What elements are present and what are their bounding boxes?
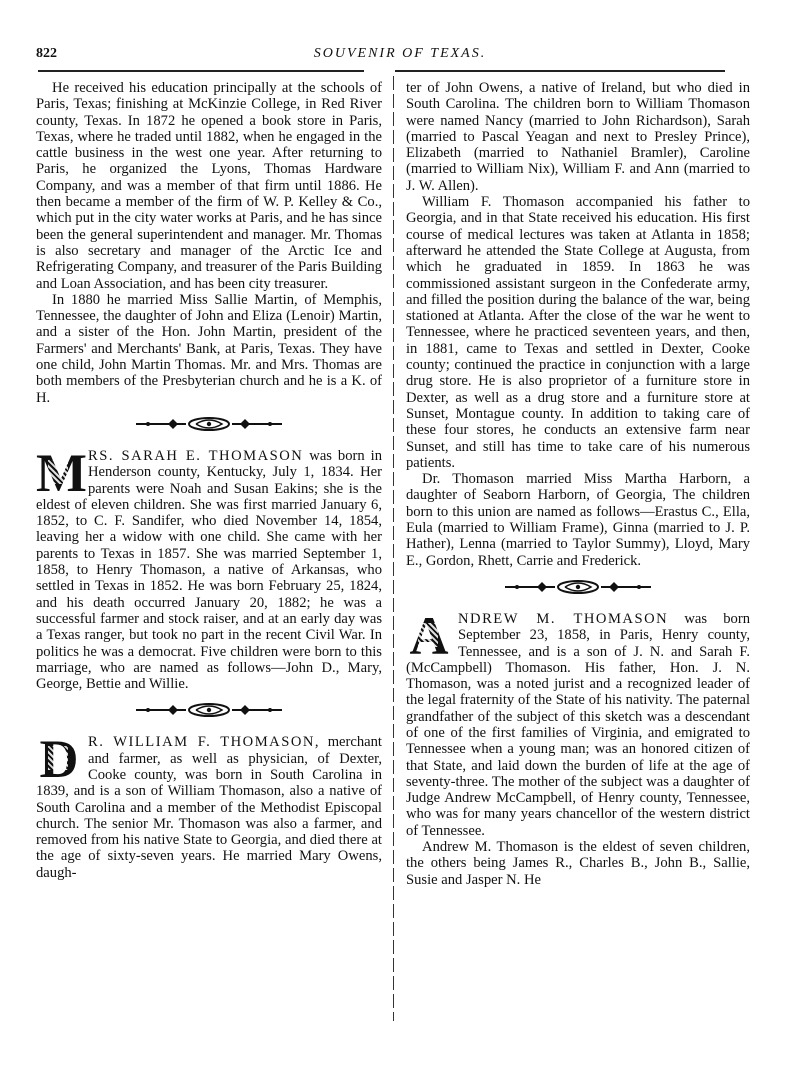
drop-cap-d-icon: D xyxy=(36,736,82,782)
biography-lead: RS. SARAH E. THOMASON xyxy=(88,448,303,464)
biography-text: was born September 23, 1858, in Paris, H… xyxy=(406,611,750,839)
page-header: 822 SOUVENIR OF TEXAS. xyxy=(36,40,764,64)
biography-lead: R. WILLIAM F. THOMASON, xyxy=(88,734,320,750)
section-divider-ornament-icon xyxy=(36,696,382,724)
paragraph: Andrew M. Thomason is the eldest of seve… xyxy=(406,839,750,888)
paragraph: William F. Thomason accompanied his fath… xyxy=(406,194,750,471)
header-rule-right xyxy=(395,70,725,72)
right-column: ter of John Owens, a native of Ireland, … xyxy=(406,80,750,888)
document-page: 822 SOUVENIR OF TEXAS. He received his e… xyxy=(0,0,789,1087)
section-divider-ornament-icon xyxy=(36,410,382,438)
running-title: SOUVENIR OF TEXAS. xyxy=(36,46,764,62)
biography-andrew-thomason: ANDREW M. THOMASON was born September 23… xyxy=(406,611,750,839)
biography-lead: NDREW M. THOMASON xyxy=(458,611,668,627)
biography-text: merchant and farmer, as well as physicia… xyxy=(36,734,382,880)
drop-cap-m-icon: M xyxy=(36,450,82,496)
biography-sarah-thomason: MRS. SARAH E. THOMASON was born in Hende… xyxy=(36,448,382,692)
paragraph: Dr. Thomason married Miss Martha Harborn… xyxy=(406,471,750,569)
paragraph: In 1880 he married Miss Sallie Martin, o… xyxy=(36,292,382,406)
paragraph: ter of John Owens, a native of Ireland, … xyxy=(406,80,750,194)
left-column: He received his education principally at… xyxy=(36,80,382,881)
column-divider xyxy=(393,76,394,1021)
paragraph: He received his education principally at… xyxy=(36,80,382,292)
section-divider-ornament-icon xyxy=(406,573,750,601)
biography-text: was born in Henderson county, Kentucky, … xyxy=(36,448,382,692)
biography-william-thomason: DR. WILLIAM F. THOMASON, merchant and fa… xyxy=(36,734,382,881)
header-rule-left xyxy=(38,70,364,72)
drop-cap-a-icon: A xyxy=(406,613,452,659)
